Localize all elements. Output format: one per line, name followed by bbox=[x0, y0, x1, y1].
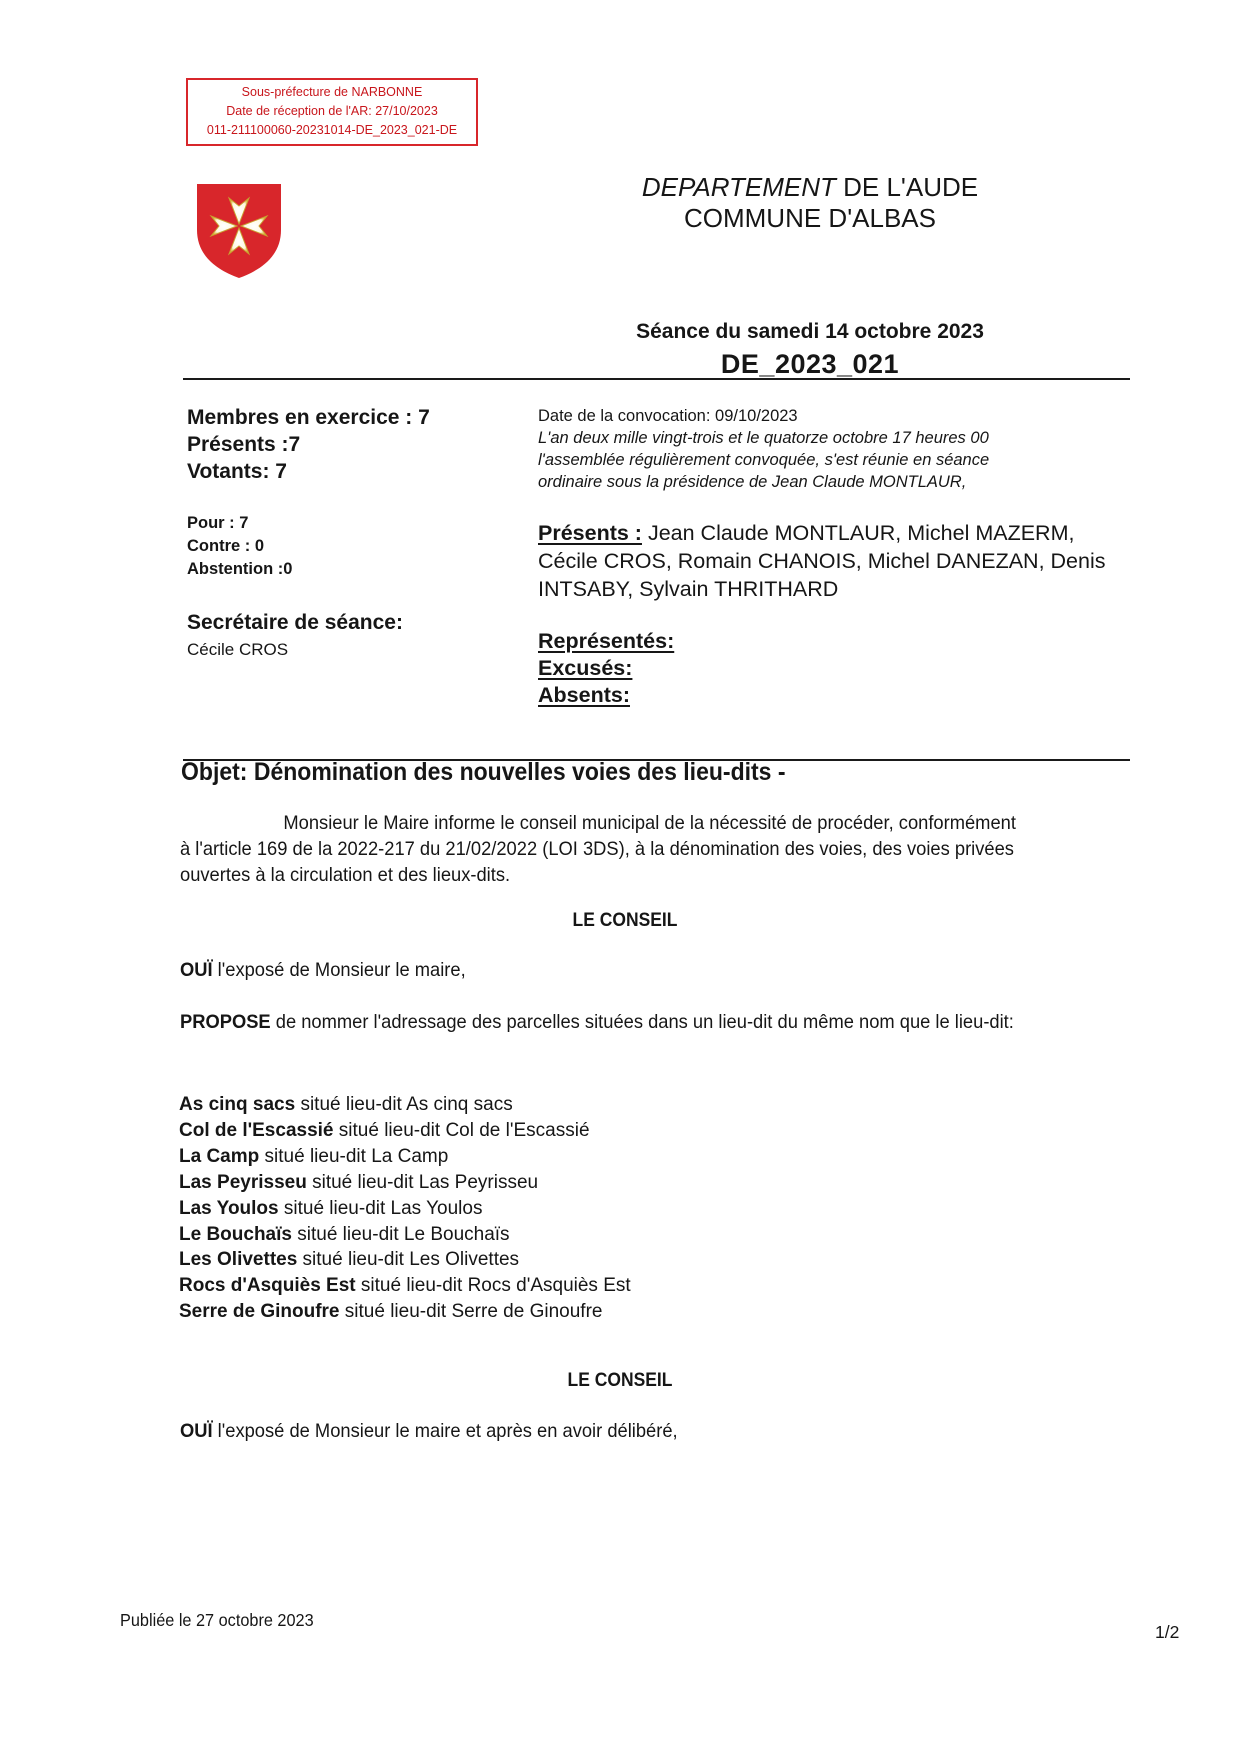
attendees-present: Présents : Jean Claude MONTLAUR, Michel … bbox=[538, 519, 1118, 603]
list-item: Serre de Ginoufre situé lieu-dit Serre d… bbox=[179, 1299, 631, 1325]
absent-label: Absents: bbox=[538, 682, 674, 709]
place-names-list: As cinq sacs situé lieu-dit As cinq sacs… bbox=[179, 1092, 631, 1325]
department-title: DEPARTEMENT DE L'AUDE COMMUNE D'ALBAS bbox=[600, 172, 1020, 234]
convocation-date: Date de la convocation: 09/10/2023 bbox=[538, 405, 1098, 427]
place-name: Rocs d'Asquiès Est bbox=[179, 1275, 356, 1296]
members-in-office: Membres en exercice : 7 bbox=[187, 404, 430, 431]
decision-number: DE_2023_021 bbox=[560, 349, 1060, 380]
intro-text: Monsieur le Maire informe le conseil mun… bbox=[180, 812, 1016, 886]
place-name: La Camp bbox=[179, 1146, 259, 1167]
heard-text: l'exposé de Monsieur le maire, bbox=[213, 959, 466, 981]
votes-against: Contre : 0 bbox=[187, 535, 292, 558]
heard-deliberated-statement: OUÏ l'exposé de Monsieur le maire et apr… bbox=[180, 1420, 678, 1443]
presents-label: Présents : bbox=[538, 521, 642, 545]
place-location: situé lieu-dit Les Olivettes bbox=[297, 1249, 519, 1270]
stamp-prefecture: Sous-préfecture de NARBONNE bbox=[188, 83, 476, 102]
place-name: Col de l'Escassié bbox=[179, 1120, 334, 1141]
maltese-cross-shield-icon bbox=[193, 180, 285, 280]
members-present: Présents :7 bbox=[187, 431, 430, 458]
place-location: situé lieu-dit Las Youlos bbox=[279, 1198, 483, 1219]
list-item: La Camp situé lieu-dit La Camp bbox=[179, 1144, 631, 1170]
intro-paragraph: Monsieur le Maire informe le conseil mun… bbox=[180, 810, 1026, 888]
list-item: Las Peyrisseu situé lieu-dit Las Peyriss… bbox=[179, 1170, 631, 1196]
place-location: situé lieu-dit Rocs d'Asquiès Est bbox=[356, 1275, 631, 1296]
heard-keyword: OUÏ bbox=[180, 1420, 213, 1442]
member-counts: Membres en exercice : 7 Présents :7 Vota… bbox=[187, 404, 430, 485]
represented-label: Représentés: bbox=[538, 628, 674, 655]
vote-results: Pour : 7 Contre : 0 Abstention :0 bbox=[187, 512, 292, 581]
votes-abstention: Abstention :0 bbox=[187, 558, 292, 581]
place-location: situé lieu-dit Le Bouchaïs bbox=[292, 1224, 510, 1245]
secretary-name: Cécile CROS bbox=[187, 640, 288, 660]
list-item: As cinq sacs situé lieu-dit As cinq sacs bbox=[179, 1092, 631, 1118]
excused-label: Excusés: bbox=[538, 655, 674, 682]
place-location: situé lieu-dit Serre de Ginoufre bbox=[340, 1301, 603, 1322]
department-name: DE L'AUDE bbox=[836, 172, 978, 202]
place-location: situé lieu-dit La Camp bbox=[259, 1146, 448, 1167]
council-heading: LE CONSEIL bbox=[50, 1370, 1191, 1392]
place-name: Le Bouchaïs bbox=[179, 1224, 292, 1245]
page-number: 1/2 bbox=[1155, 1622, 1179, 1643]
list-item: Col de l'Escassié situé lieu-dit Col de … bbox=[179, 1118, 631, 1144]
heard-keyword: OUÏ bbox=[180, 959, 213, 981]
department-word: DEPARTEMENT bbox=[642, 172, 836, 202]
list-item: Las Youlos situé lieu-dit Las Youlos bbox=[179, 1196, 631, 1222]
stamp-reception-date: Date de réception de l'AR: 27/10/2023 bbox=[188, 102, 476, 121]
convocation-text-2: l'assemblée régulièrement convoquée, s'e… bbox=[538, 449, 1098, 471]
proposal-statement: PROPOSE de nommer l'adressage des parcel… bbox=[180, 1010, 1045, 1035]
place-location: situé lieu-dit As cinq sacs bbox=[295, 1094, 513, 1115]
members-voting: Votants: 7 bbox=[187, 458, 430, 485]
reception-stamp: Sous-préfecture de NARBONNE Date de réce… bbox=[186, 78, 478, 146]
place-location: situé lieu-dit Las Peyrisseu bbox=[307, 1172, 538, 1193]
place-name: Las Peyrisseu bbox=[179, 1172, 307, 1193]
convocation-block: Date de la convocation: 09/10/2023 L'an … bbox=[538, 405, 1098, 493]
convocation-text-1: L'an deux mille vingt-trois et le quator… bbox=[538, 427, 1098, 449]
votes-for: Pour : 7 bbox=[187, 512, 292, 535]
publication-date: Publiée le 27 octobre 2023 bbox=[120, 1610, 314, 1631]
divider bbox=[183, 378, 1130, 380]
place-name: Las Youlos bbox=[179, 1198, 279, 1219]
council-heading: LE CONSEIL bbox=[55, 910, 1196, 932]
place-location: situé lieu-dit Col de l'Escassié bbox=[334, 1120, 590, 1141]
heard-text: l'exposé de Monsieur le maire et après e… bbox=[213, 1420, 678, 1442]
list-item: Le Bouchaïs situé lieu-dit Le Bouchaïs bbox=[179, 1222, 631, 1248]
list-item: Les Olivettes situé lieu-dit Les Olivett… bbox=[179, 1247, 631, 1273]
convocation-text-3: ordinaire sous la présidence de Jean Cla… bbox=[538, 471, 1098, 493]
place-name: Les Olivettes bbox=[179, 1249, 297, 1270]
secretary-label: Secrétaire de séance: bbox=[187, 611, 403, 635]
proposal-keyword: PROPOSE bbox=[180, 1011, 271, 1033]
proposal-text: de nommer l'adressage des parcelles situ… bbox=[271, 1011, 1014, 1033]
commune-name: COMMUNE D'ALBAS bbox=[600, 203, 1020, 234]
attendance-other: Représentés: Excusés: Absents: bbox=[538, 628, 674, 709]
heard-statement: OUÏ l'exposé de Monsieur le maire, bbox=[180, 959, 466, 982]
stamp-reference: 011-211100060-20231014-DE_2023_021-DE bbox=[188, 121, 476, 140]
subject-heading: Objet: Dénomination des nouvelles voies … bbox=[181, 758, 786, 787]
list-item: Rocs d'Asquiès Est situé lieu-dit Rocs d… bbox=[179, 1273, 631, 1299]
place-name: As cinq sacs bbox=[179, 1094, 295, 1115]
place-name: Serre de Ginoufre bbox=[179, 1301, 340, 1322]
session-date: Séance du samedi 14 octobre 2023 bbox=[560, 320, 1060, 344]
